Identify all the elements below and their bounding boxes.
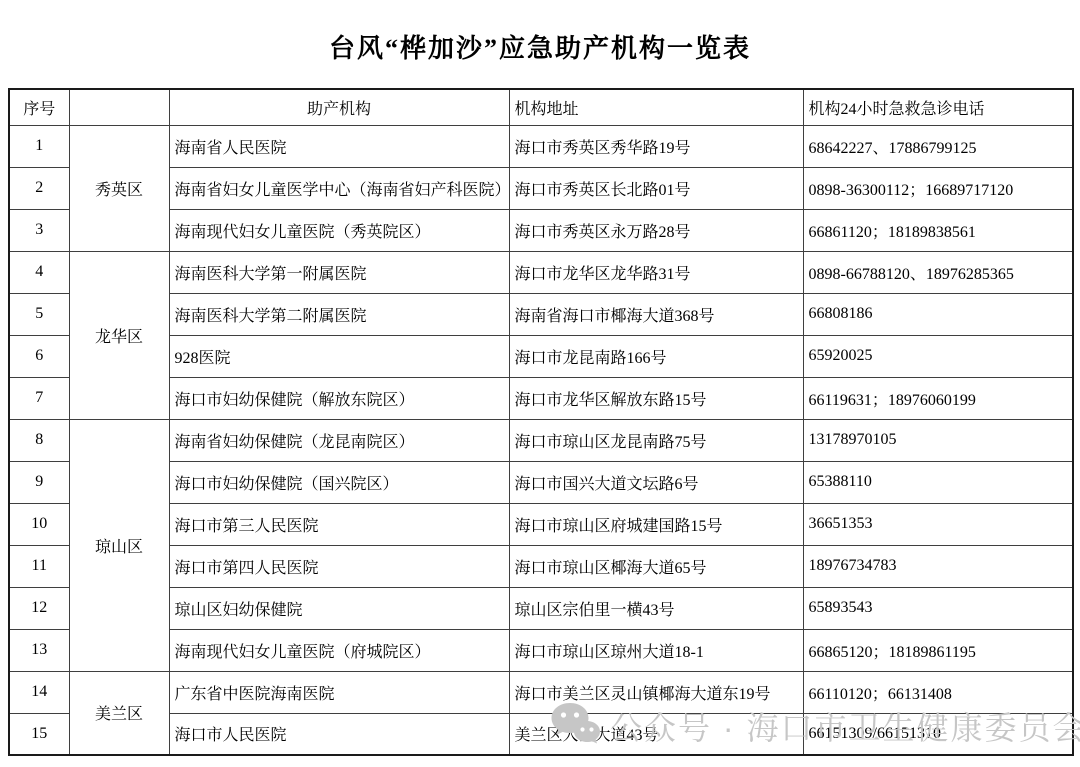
address-cell: 海口市龙昆南路166号 — [509, 335, 803, 377]
institution-cell: 海南医科大学第一附属医院 — [169, 251, 509, 293]
row-number: 2 — [9, 167, 69, 209]
address-cell: 海口市国兴大道文坛路6号 — [509, 461, 803, 503]
institution-cell: 海南现代妇女儿童医院（秀英院区） — [169, 209, 509, 251]
institution-cell: 海口市妇幼保健院（解放东院区） — [169, 377, 509, 419]
page-title: 台风“桦加沙”应急助产机构一览表 — [0, 28, 1080, 65]
phone-cell: 65893543 — [803, 587, 1073, 629]
district-cell: 美兰区 — [69, 671, 169, 755]
phone-cell: 66110120；66131408 — [803, 671, 1073, 713]
table-header-row: 序号 助产机构 机构地址 机构24小时急救急诊电话 — [9, 89, 1073, 125]
row-number: 3 — [9, 209, 69, 251]
table-row: 13 海南现代妇女儿童医院（府城院区） 海口市琼山区琼州大道18-1 66865… — [9, 629, 1073, 671]
district-cell: 琼山区 — [69, 419, 169, 671]
institution-cell: 928医院 — [169, 335, 509, 377]
institution-cell: 海南省人民医院 — [169, 125, 509, 167]
table-row: 8 琼山区 海南省妇幼保健院（龙昆南院区） 海口市琼山区龙昆南路75号 1317… — [9, 419, 1073, 461]
institution-cell: 海口市第三人民医院 — [169, 503, 509, 545]
row-number: 7 — [9, 377, 69, 419]
institution-cell: 琼山区妇幼保健院 — [169, 587, 509, 629]
phone-cell: 13178970105 — [803, 419, 1073, 461]
table-row: 6 928医院 海口市龙昆南路166号 65920025 — [9, 335, 1073, 377]
phone-cell: 65920025 — [803, 335, 1073, 377]
address-cell: 海口市龙华区龙华路31号 — [509, 251, 803, 293]
address-cell: 海口市美兰区灵山镇椰海大道东19号 — [509, 671, 803, 713]
phone-cell: 0898-66788120、18976285365 — [803, 251, 1073, 293]
row-number: 5 — [9, 293, 69, 335]
institution-cell: 海口市妇幼保健院（国兴院区） — [169, 461, 509, 503]
header-institution: 助产机构 — [169, 89, 509, 125]
table-row: 9 海口市妇幼保健院（国兴院区） 海口市国兴大道文坛路6号 65388110 — [9, 461, 1073, 503]
address-cell: 海口市秀英区长北路01号 — [509, 167, 803, 209]
institution-cell: 海口市第四人民医院 — [169, 545, 509, 587]
phone-cell: 0898-36300112；16689717120 — [803, 167, 1073, 209]
table-row: 15 海口市人民医院 美兰区人民大道43号 66151309/66151310 — [9, 713, 1073, 755]
row-number: 6 — [9, 335, 69, 377]
table-row: 10 海口市第三人民医院 海口市琼山区府城建国路15号 36651353 — [9, 503, 1073, 545]
row-number: 4 — [9, 251, 69, 293]
row-number: 13 — [9, 629, 69, 671]
header-phone: 机构24小时急救急诊电话 — [803, 89, 1073, 125]
row-number: 8 — [9, 419, 69, 461]
table-row: 4 龙华区 海南医科大学第一附属医院 海口市龙华区龙华路31号 0898-667… — [9, 251, 1073, 293]
row-number: 12 — [9, 587, 69, 629]
header-address: 机构地址 — [509, 89, 803, 125]
address-cell: 琼山区宗伯里一横43号 — [509, 587, 803, 629]
phone-cell: 66151309/66151310 — [803, 713, 1073, 755]
institution-cell: 海南医科大学第二附属医院 — [169, 293, 509, 335]
row-number: 15 — [9, 713, 69, 755]
phone-cell: 65388110 — [803, 461, 1073, 503]
address-cell: 海口市秀英区永万路28号 — [509, 209, 803, 251]
address-cell: 海口市秀英区秀华路19号 — [509, 125, 803, 167]
table-row: 2 海南省妇女儿童医学中心（海南省妇产科医院） 海口市秀英区长北路01号 089… — [9, 167, 1073, 209]
table-row: 14 美兰区 广东省中医院海南医院 海口市美兰区灵山镇椰海大道东19号 6611… — [9, 671, 1073, 713]
address-cell: 海口市琼山区琼州大道18-1 — [509, 629, 803, 671]
phone-cell: 66861120；18189838561 — [803, 209, 1073, 251]
district-cell: 秀英区 — [69, 125, 169, 251]
institution-cell: 海南省妇女儿童医学中心（海南省妇产科医院） — [169, 167, 509, 209]
address-cell: 海口市琼山区府城建国路15号 — [509, 503, 803, 545]
row-number: 11 — [9, 545, 69, 587]
header-index: 序号 — [9, 89, 69, 125]
table-row: 1 秀英区 海南省人民医院 海口市秀英区秀华路19号 68642227、1788… — [9, 125, 1073, 167]
table-row: 3 海南现代妇女儿童医院（秀英院区） 海口市秀英区永万路28号 66861120… — [9, 209, 1073, 251]
row-number: 1 — [9, 125, 69, 167]
table-row: 12 琼山区妇幼保健院 琼山区宗伯里一横43号 65893543 — [9, 587, 1073, 629]
row-number: 14 — [9, 671, 69, 713]
table-row: 5 海南医科大学第二附属医院 海南省海口市椰海大道368号 66808186 — [9, 293, 1073, 335]
table-row: 7 海口市妇幼保健院（解放东院区） 海口市龙华区解放东路15号 66119631… — [9, 377, 1073, 419]
phone-cell: 66119631；18976060199 — [803, 377, 1073, 419]
address-cell: 海口市琼山区龙昆南路75号 — [509, 419, 803, 461]
header-district — [69, 89, 169, 125]
institution-cell: 海口市人民医院 — [169, 713, 509, 755]
institutions-table: 序号 助产机构 机构地址 机构24小时急救急诊电话 1 秀英区 海南省人民医院 … — [8, 88, 1074, 756]
institution-cell: 海南现代妇女儿童医院（府城院区） — [169, 629, 509, 671]
phone-cell: 66865120；18189861195 — [803, 629, 1073, 671]
address-cell: 海口市龙华区解放东路15号 — [509, 377, 803, 419]
district-cell: 龙华区 — [69, 251, 169, 419]
row-number: 10 — [9, 503, 69, 545]
phone-cell: 18976734783 — [803, 545, 1073, 587]
institution-cell: 广东省中医院海南医院 — [169, 671, 509, 713]
phone-cell: 68642227、17886799125 — [803, 125, 1073, 167]
phone-cell: 36651353 — [803, 503, 1073, 545]
row-number: 9 — [9, 461, 69, 503]
address-cell: 海口市琼山区椰海大道65号 — [509, 545, 803, 587]
table-row: 11 海口市第四人民医院 海口市琼山区椰海大道65号 18976734783 — [9, 545, 1073, 587]
institution-cell: 海南省妇幼保健院（龙昆南院区） — [169, 419, 509, 461]
address-cell: 海南省海口市椰海大道368号 — [509, 293, 803, 335]
phone-cell: 66808186 — [803, 293, 1073, 335]
address-cell: 美兰区人民大道43号 — [509, 713, 803, 755]
